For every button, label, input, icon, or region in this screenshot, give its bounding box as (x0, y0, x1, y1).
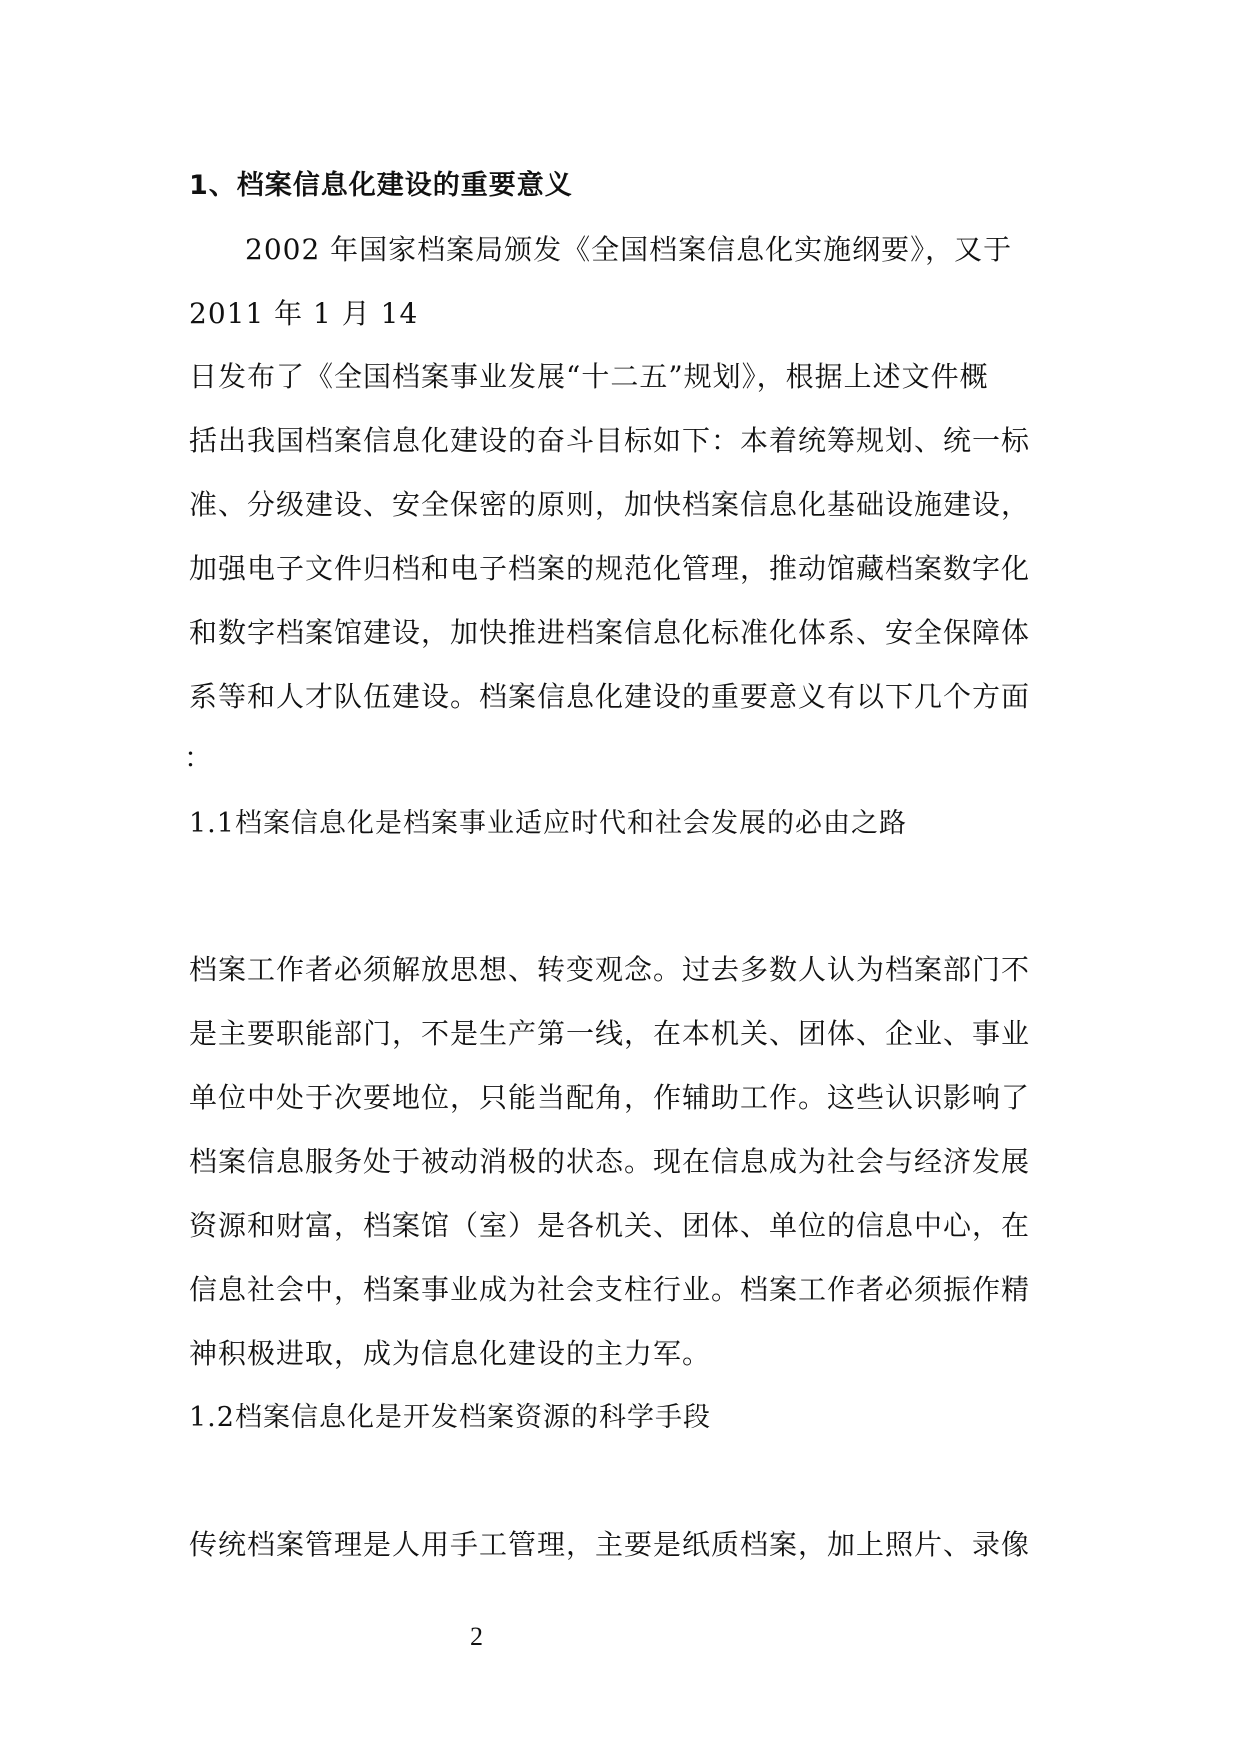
paragraph-line: 括出我国档案信息化建设的奋斗目标如下：本着统筹规划、统一标 (189, 423, 1030, 459)
paragraph-line: 档案信息服务处于被动消极的状态。现在信息成为社会与经济发展 (189, 1144, 1030, 1180)
paragraph-line: 档案工作者必须解放思想、转变观念。过去多数人认为档案部门不 (189, 952, 1030, 988)
paragraph-line: 是主要职能部门，不是生产第一线，在本机关、团体、企业、事业 (189, 1016, 1030, 1052)
paragraph-line: 信息社会中，档案事业成为社会支柱行业。档案工作者必须振作精 (189, 1272, 1030, 1308)
paragraph-line: 加强电子文件归档和电子档案的规范化管理，推动馆藏档案数字化 (189, 551, 1030, 587)
paragraph-line: 日发布了《全国档案事业发展“十二五”规划》，根据上述文件概 (189, 359, 989, 395)
subsection-title-1-1: 1.1档案信息化是档案事业适应时代和社会发展的必由之路 (189, 806, 907, 842)
paragraph-line: 神积极进取，成为信息化建设的主力军。 (189, 1336, 711, 1372)
paragraph-line: 2002 年国家档案局颁发《全国档案信息化实施纲要》，又于 (245, 232, 1012, 268)
paragraph-line: 系等和人才队伍建设。档案信息化建设的重要意义有以下几个方面 (189, 679, 1030, 715)
subsection-title-1-2: 1.2档案信息化是开发档案资源的科学手段 (189, 1400, 711, 1436)
paragraph-line: 准、分级建设、安全保密的原则，加快档案信息化基础设施建设， (189, 487, 1030, 523)
paragraph-line: 2011 年 1 月 14 (189, 296, 418, 332)
paragraph-line: 资源和财富，档案馆（室）是各机关、团体、单位的信息中心，在 (189, 1208, 1030, 1244)
paragraph-line: 单位中处于次要地位，只能当配角，作辅助工作。这些认识影响了 (189, 1080, 1030, 1116)
paragraph-line: 和数字档案馆建设，加快推进档案信息化标准化体系、安全保障体 (189, 615, 1030, 651)
paragraph-line: 传统档案管理是人用手工管理，主要是纸质档案，加上照片、录像 (189, 1527, 1030, 1563)
document-page: 1、档案信息化建设的重要意义 2002 年国家档案局颁发《全国档案信息化实施纲要… (0, 0, 1241, 1754)
paragraph-line: ： (184, 740, 213, 776)
section-title: 1、档案信息化建设的重要意义 (189, 168, 573, 204)
page-number: 2 (470, 1622, 483, 1652)
